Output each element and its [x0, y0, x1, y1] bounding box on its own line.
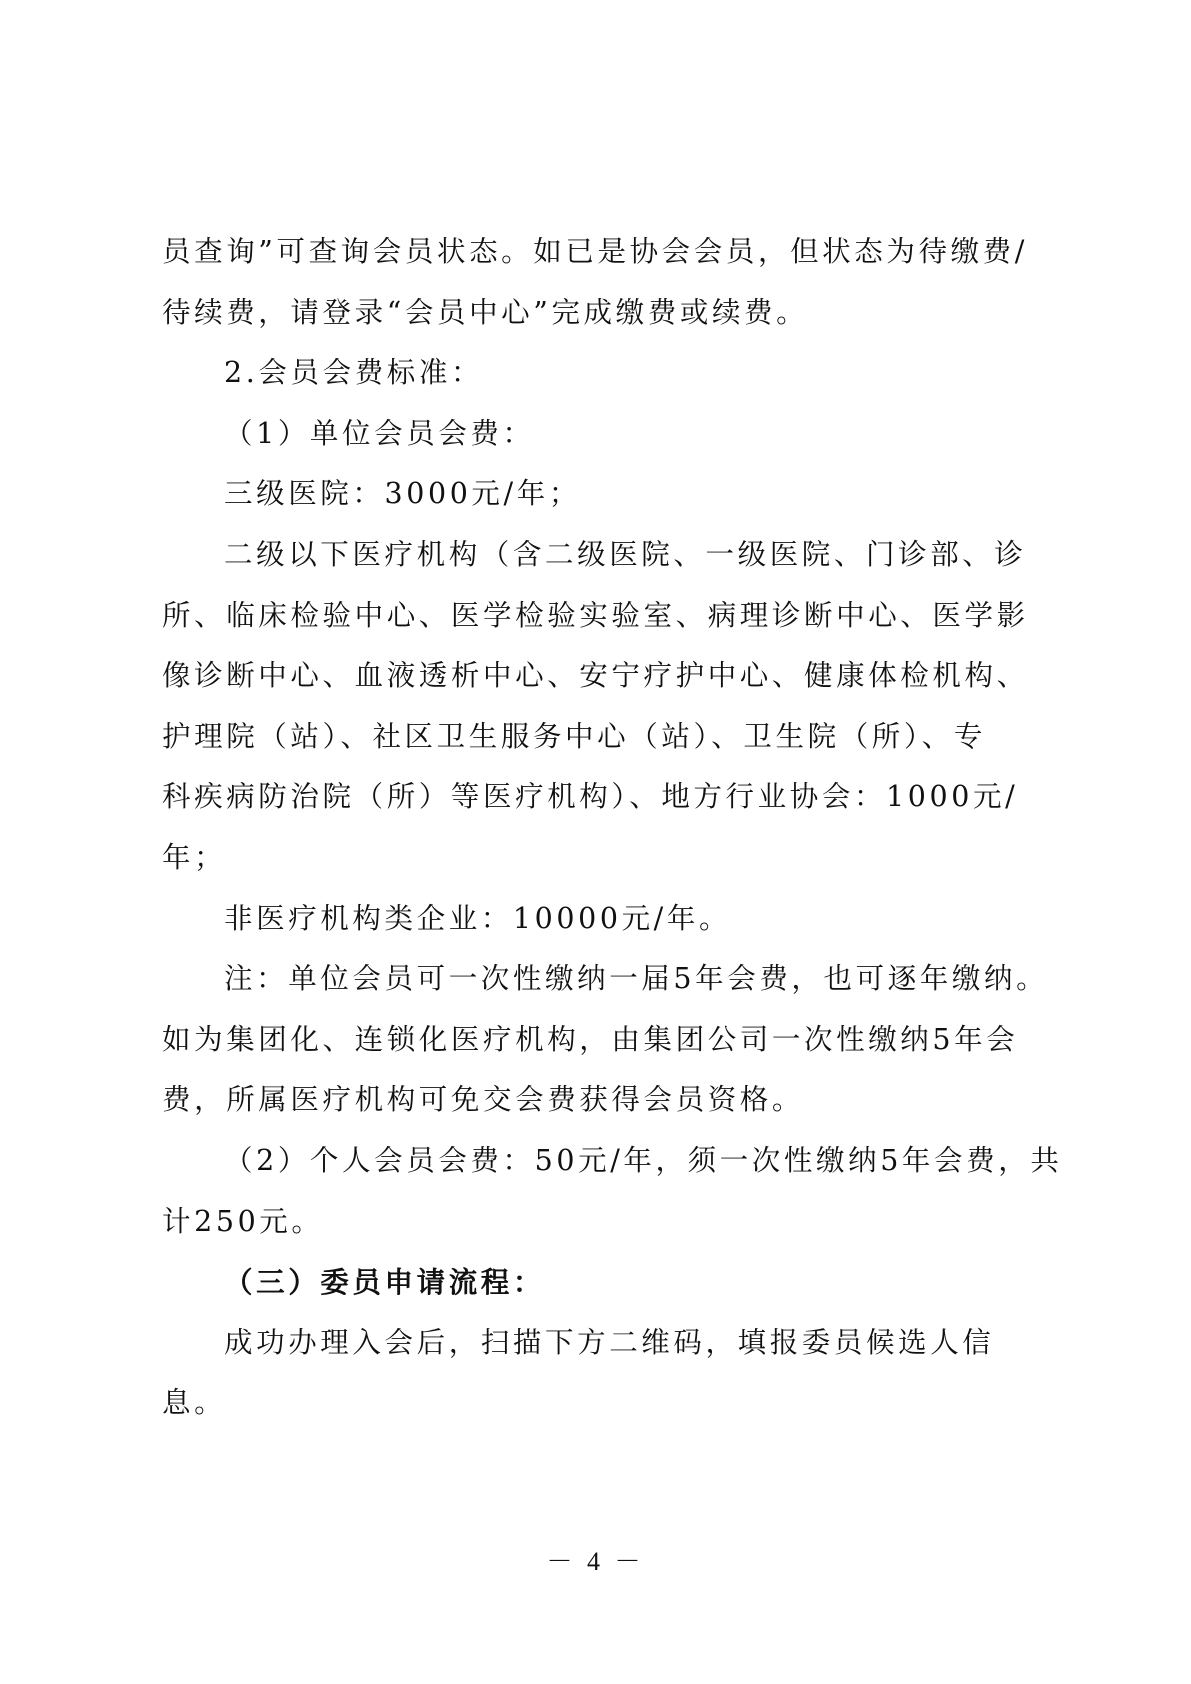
paragraph-line: 计250元。 [162, 1192, 1032, 1253]
document-body: 员查询”可查询会员状态。如已是协会会员，但状态为待缴费/ 待续费，请登录“会员中… [162, 222, 1032, 1434]
subheading-unit-member-fee: （1）单位会员会费： [162, 404, 1032, 465]
note-paragraph: 注：单位会员可一次性缴纳一届5年会费，也可逐年缴纳。 [162, 949, 1032, 1010]
paragraph-line: 息。 [162, 1373, 1032, 1434]
paragraph-line: 护理院（站）、社区卫生服务中心（站）、卫生院（所）、专 [162, 707, 1032, 768]
page-number: － 4 － [0, 1542, 1191, 1582]
paragraph-line: 待续费，请登录“会员中心”完成缴费或续费。 [162, 283, 1032, 344]
section-heading-committee-application: （三）委员申请流程： [162, 1252, 1032, 1313]
document-page: 员查询”可查询会员状态。如已是协会会员，但状态为待缴费/ 待续费，请登录“会员中… [0, 0, 1191, 1684]
paragraph-line: 员查询”可查询会员状态。如已是协会会员，但状态为待缴费/ [162, 222, 1032, 283]
paragraph-line: 所、临床检验中心、医学检验实验室、病理诊断中心、医学影 [162, 586, 1032, 647]
fee-item-secondary-institutions: 二级以下医疗机构（含二级医院、一级医院、门诊部、诊 [162, 525, 1032, 586]
paragraph-line: 科疾病防治院（所）等医疗机构）、地方行业协会：1000元/ [162, 767, 1032, 828]
paragraph-line: 费，所属医疗机构可免交会费获得会员资格。 [162, 1070, 1032, 1131]
paragraph-line: 年； [162, 828, 1032, 889]
application-instruction: 成功办理入会后，扫描下方二维码，填报委员候选人信 [162, 1313, 1032, 1374]
paragraph-line: 如为集团化、连锁化医疗机构，由集团公司一次性缴纳5年会 [162, 1010, 1032, 1071]
section-heading-fee-standard: 2.会员会费标准： [162, 343, 1032, 404]
fee-item-non-medical-enterprise: 非医疗机构类企业：10000元/年。 [162, 889, 1032, 950]
fee-item-individual-member: （2）个人会员会费：50元/年，须一次性缴纳5年会费，共 [162, 1131, 1032, 1192]
paragraph-line: 像诊断中心、血液透析中心、安宁疗护中心、健康体检机构、 [162, 646, 1032, 707]
fee-item-tertiary-hospital: 三级医院：3000元/年； [162, 464, 1032, 525]
